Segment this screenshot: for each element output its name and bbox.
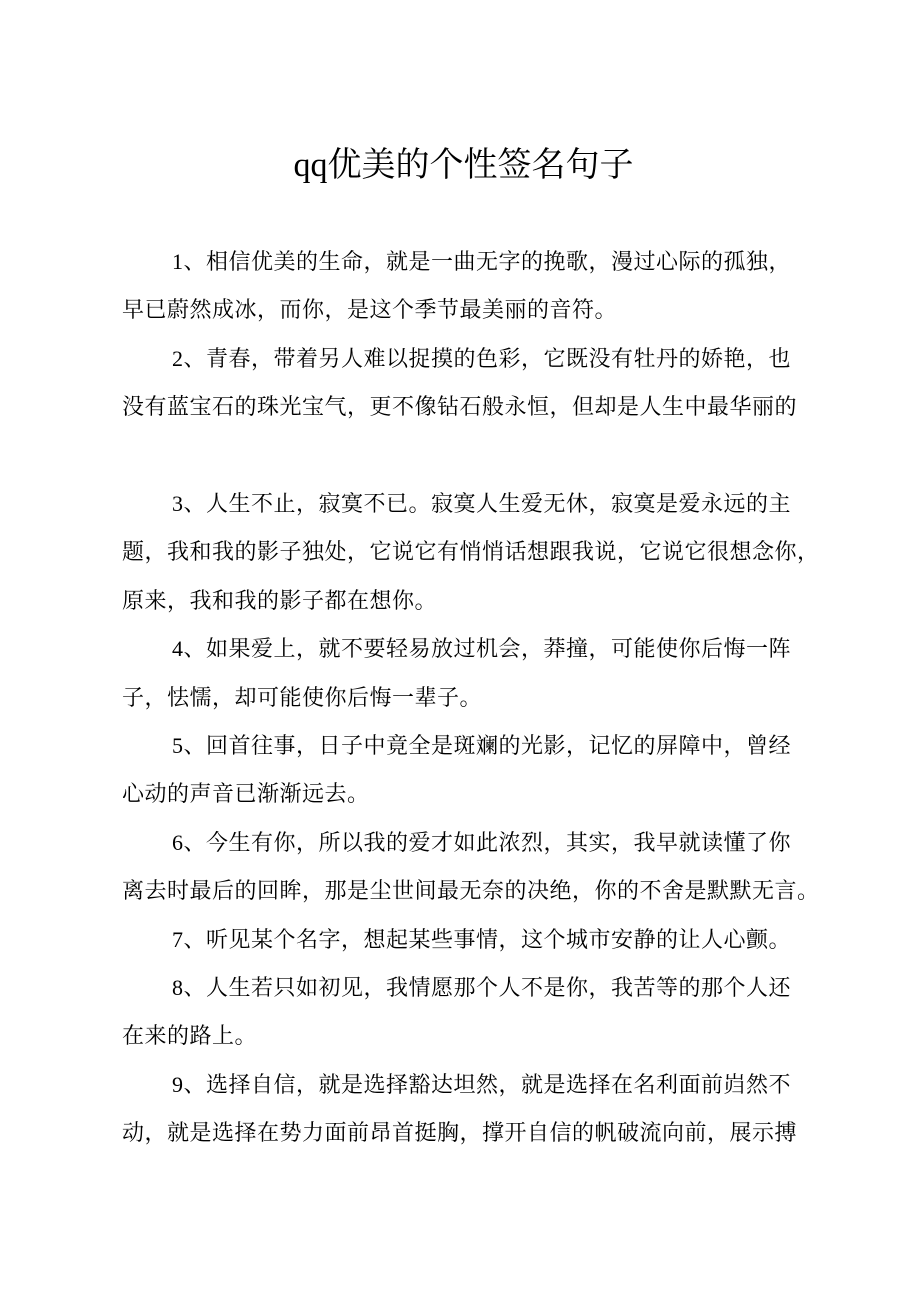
text-line: 心动的声音已渐渐远去。 (122, 770, 805, 818)
text-line: 在来的路上。 (122, 1012, 805, 1060)
paragraph: 8、人生若只如初见，我情愿那个人不是你，我苦等的那个人还在来的路上。 (122, 964, 805, 1061)
text-line: 2、青春，带着另人难以捉摸的色彩，它既没有牡丹的娇艳，也 (122, 335, 805, 383)
text-line: 6、今生有你，所以我的爱才如此浓烈，其实，我早就读懂了你 (122, 819, 805, 867)
text-line: 原来，我和我的影子都在想你。 (122, 577, 805, 625)
text-line: 子，怯懦，却可能使你后悔一辈子。 (122, 674, 805, 722)
paragraph-list: 1、相信优美的生命，就是一曲无字的挽歌，漫过心际的孤独，早已蔚然成冰，而你，是这… (122, 238, 805, 1158)
paragraph: 6、今生有你，所以我的爱才如此浓烈，其实，我早就读懂了你离去时最后的回眸，那是尘… (122, 819, 805, 916)
text-line: 5、回首往事，日子中竟全是斑斓的光影，记忆的屏障中，曾经 (122, 722, 805, 770)
paragraph: 3、人生不止，寂寞不已。寂寞人生爱无休，寂寞是爱永远的主题，我和我的影子独处，它… (122, 480, 805, 625)
text-line: 没有蓝宝石的珠光宝气，更不像钻石般永恒，但却是人生中最华丽的 (122, 383, 805, 431)
paragraph: 1、相信优美的生命，就是一曲无字的挽歌，漫过心际的孤独，早已蔚然成冰，而你，是这… (122, 238, 805, 335)
text-line: 离去时最后的回眸，那是尘世间最无奈的决绝，你的不舍是默默无言。 (122, 867, 805, 915)
text-line: 1、相信优美的生命，就是一曲无字的挽歌，漫过心际的孤独， (122, 238, 805, 286)
document-title: qq优美的个性签名句子 (122, 148, 805, 184)
paragraph: 4、如果爱上，就不要轻易放过机会，莽撞，可能使你后悔一阵子，怯懦，却可能使你后悔… (122, 625, 805, 722)
text-line: 9、选择自信，就是选择豁达坦然，就是选择在名利面前岿然不 (122, 1061, 805, 1109)
paragraph: 9、选择自信，就是选择豁达坦然，就是选择在名利面前岿然不动，就是选择在势力面前昂… (122, 1061, 805, 1158)
document-page: qq优美的个性签名句子 1、相信优美的生命，就是一曲无字的挽歌，漫过心际的孤独，… (0, 0, 920, 1303)
paragraph: 7、听见某个名字，想起某些事情，这个城市安静的让人心颤。 (122, 916, 805, 964)
text-line: 动，就是选择在势力面前昂首挺胸，撑开自信的帆破流向前，展示搏 (122, 1109, 805, 1157)
text-line: 7、听见某个名字，想起某些事情，这个城市安静的让人心颤。 (122, 916, 805, 964)
text-line: 3、人生不止，寂寞不已。寂寞人生爱无休，寂寞是爱永远的主 (122, 480, 805, 528)
text-line: 题，我和我的影子独处，它说它有悄悄话想跟我说，它说它很想念你， (122, 528, 805, 576)
paragraph: 5、回首往事，日子中竟全是斑斓的光影，记忆的屏障中，曾经心动的声音已渐渐远去。 (122, 722, 805, 819)
text-line: 4、如果爱上，就不要轻易放过机会，莽撞，可能使你后悔一阵 (122, 625, 805, 673)
text-line: 早已蔚然成冰，而你，是这个季节最美丽的音符。 (122, 286, 805, 334)
paragraph: 2、青春，带着另人难以捉摸的色彩，它既没有牡丹的娇艳，也没有蓝宝石的珠光宝气，更… (122, 335, 805, 432)
text-line: 8、人生若只如初见，我情愿那个人不是你，我苦等的那个人还 (122, 964, 805, 1012)
